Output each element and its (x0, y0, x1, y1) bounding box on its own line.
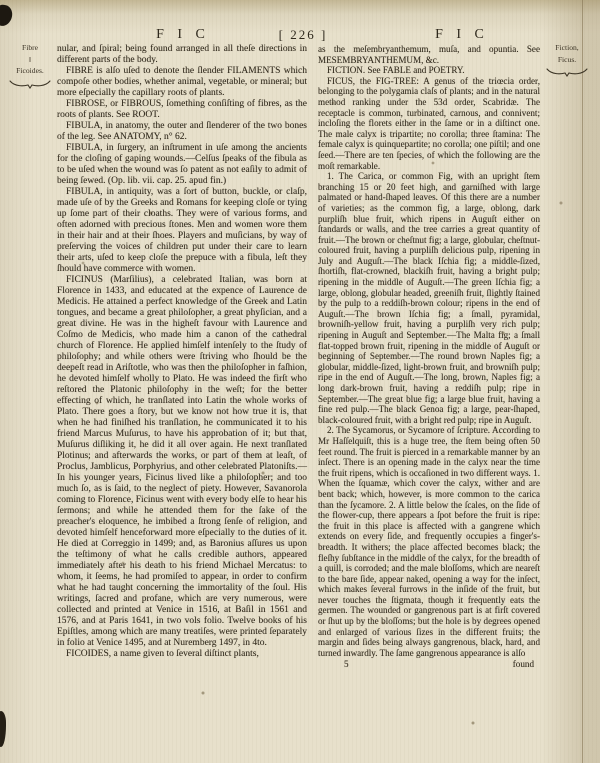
running-head-right-title: F I C (402, 27, 522, 43)
paragraph-fibre-filaments: FIBRE is alſo uſed to denote the ſlender… (57, 66, 307, 99)
left-column: nular, and ſpiral; being found arranged … (57, 44, 307, 660)
margin-note-right-line1: Fiction, (541, 42, 593, 54)
right-column: as the meſembryanthemum, muſa, and opunt… (318, 44, 540, 670)
signature-mark: 5 (318, 659, 349, 670)
running-head-left-title: F I C (123, 27, 243, 43)
paragraph-fibula-anatomy: FIBULA, in anatomy, the outer and ſlende… (57, 121, 307, 143)
page-number: [ 226 ] (243, 27, 363, 43)
paragraph-fibula-surgery: FIBULA, in ſurgery, an inſtrument in uſe… (57, 143, 307, 187)
margin-note-right: Fiction, Ficus. (541, 42, 593, 77)
paragraph-ficus: FICUS, the FIG-TREE: A genus of the triœ… (318, 76, 540, 171)
paragraph-fibre-continuation: nular, and ſpiral; being found arranged … (57, 44, 307, 66)
paragraph-carica-fig: 1. The Carica, or common Fig, with an up… (318, 171, 540, 425)
brace-swash-icon (4, 79, 56, 89)
margin-note-left: Fibre ‖ Ficoides. (4, 42, 56, 89)
margin-note-left-line2: ‖ (4, 54, 56, 66)
margin-note-right-line2: Ficus. (541, 54, 593, 66)
paragraph-ficoides-continuation: as the meſembryanthemum, muſa, and opunt… (318, 44, 540, 65)
margin-note-left-line1: Fibre (4, 42, 56, 54)
page-edge-fold-line (582, 0, 583, 763)
ink-blot-top-left (0, 3, 14, 27)
column-footer: 5 found (318, 659, 540, 670)
paragraph-ficoides: FICOIDES, a name given to ſeveral diſtin… (57, 649, 307, 660)
book-page-scan: F I C [ 226 ] F I C Fibre ‖ Ficoides. Fi… (0, 0, 600, 763)
paragraph-sycamorus: 2. The Sycamorus, or Sycamore of ſcriptu… (318, 425, 540, 658)
paragraph-fibula-antiquity: FIBULA, in antiquity, was a ſort of butt… (57, 187, 307, 275)
ink-blot-bottom-left (0, 711, 6, 747)
brace-swash-icon (541, 67, 593, 77)
margin-note-left-line3: Ficoides. (4, 65, 56, 77)
catchword: found (513, 659, 540, 670)
paragraph-fibrose: FIBROSE, or FIBROUS, ſomething conſiſtin… (57, 99, 307, 121)
paragraph-ficinus: FICINUS (Marſilius), a celebrated Italia… (57, 275, 307, 649)
running-head: F I C [ 226 ] F I C (0, 27, 600, 45)
paper-specks (0, 0, 2, 2)
paragraph-fiction: FICTION. See FABLE and POETRY. (318, 65, 540, 76)
